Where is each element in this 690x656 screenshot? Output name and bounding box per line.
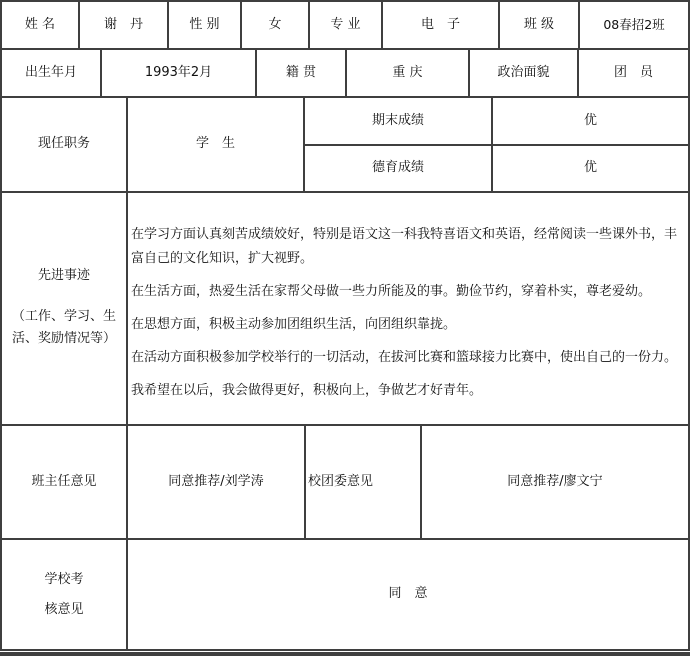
teacher-opinion-label: 班主任意见 <box>0 424 128 540</box>
hometown-value: 重 庆 <box>345 48 470 98</box>
gender-value: 女 <box>240 0 310 50</box>
major-value: 电 子 <box>381 0 500 50</box>
league-opinion-label: 校团委意见 <box>304 424 422 540</box>
political-status-label: 政治面貌 <box>468 48 579 98</box>
moral-grade-label: 德育成绩 <box>303 144 493 193</box>
deeds-paragraph: 在生活方面，热爱生活在家帮父母做一些力所能及的事。勤俭节约，穿着朴实，尊老爱幼。 <box>131 280 651 304</box>
league-opinion-value: 同意推荐/廖文宁 <box>420 424 690 540</box>
final-grade-label: 期末成绩 <box>303 96 493 146</box>
deeds-paragraph: 在学习方面认真刻苦成绩姣好，特别是语文这一科我特喜语文和英语，经常阅读一些课外书… <box>131 223 680 271</box>
deeds-title: 先进事迹 <box>38 267 90 285</box>
row-deeds: 先进事迹 （工作、学习、生活、奖励情况等） 在学习方面认真刻苦成绩姣好，特别是语… <box>0 191 690 426</box>
deeds-content: 在学习方面认真刻苦成绩姣好，特别是语文这一科我特喜语文和英语，经常阅读一些课外书… <box>126 191 690 426</box>
moral-grade-value: 优 <box>491 144 690 193</box>
deeds-note: （工作、学习、生活、奖励情况等） <box>4 306 124 350</box>
birth-value: 1993年2月 <box>100 48 257 98</box>
deeds-paragraph: 我希望在以后，我会做得更好，积极向上，争做艺才好青年。 <box>131 379 482 403</box>
class-label: 班 级 <box>498 0 580 50</box>
hometown-label: 籍 贯 <box>255 48 347 98</box>
deeds-paragraph: 在思想方面，积极主动参加团组织生活，向团组织靠拢。 <box>131 313 456 337</box>
school-review-value: 同 意 <box>126 538 690 651</box>
position-value: 学 生 <box>126 96 305 193</box>
row-opinions: 班主任意见 同意推荐/刘学涛 校团委意见 同意推荐/廖文宁 <box>0 424 690 540</box>
class-value: 08春招2班 <box>578 0 690 50</box>
final-grade-value: 优 <box>491 96 690 146</box>
birth-label: 出生年月 <box>0 48 102 98</box>
deeds-label: 先进事迹 （工作、学习、生活、奖励情况等） <box>0 191 128 426</box>
major-label: 专 业 <box>308 0 383 50</box>
row-birth-info: 出生年月 1993年2月 籍 贯 重 庆 政治面貌 团 员 <box>0 48 690 98</box>
gender-label: 性 别 <box>167 0 242 50</box>
position-label: 现任职务 <box>0 96 128 193</box>
student-award-form: 姓 名 谢 丹 性 别 女 专 业 电 子 班 级 08春招2班 出生年月 19… <box>0 0 690 656</box>
name-label: 姓 名 <box>0 0 80 50</box>
teacher-opinion-value: 同意推荐/刘学涛 <box>126 424 306 540</box>
name-value: 谢 丹 <box>78 0 169 50</box>
row-basic-info: 姓 名 谢 丹 性 别 女 专 业 电 子 班 级 08春招2班 <box>0 0 690 50</box>
grades-group: 期末成绩 优 德育成绩 优 <box>303 96 690 193</box>
deeds-paragraph: 在活动方面积极参加学校举行的一切活动，在拔河比赛和篮球接力比赛中，使出自己的一份… <box>131 346 677 370</box>
row-school-review: 学校考 核意见 同 意 <box>0 538 690 651</box>
row-position-grades: 现任职务 学 生 期末成绩 优 德育成绩 优 <box>0 96 690 193</box>
school-review-label: 学校考 核意见 <box>0 538 128 651</box>
table-bottom-border <box>0 652 690 656</box>
form-table: 姓 名 谢 丹 性 别 女 专 业 电 子 班 级 08春招2班 出生年月 19… <box>0 0 690 656</box>
political-status-value: 团 员 <box>577 48 690 98</box>
